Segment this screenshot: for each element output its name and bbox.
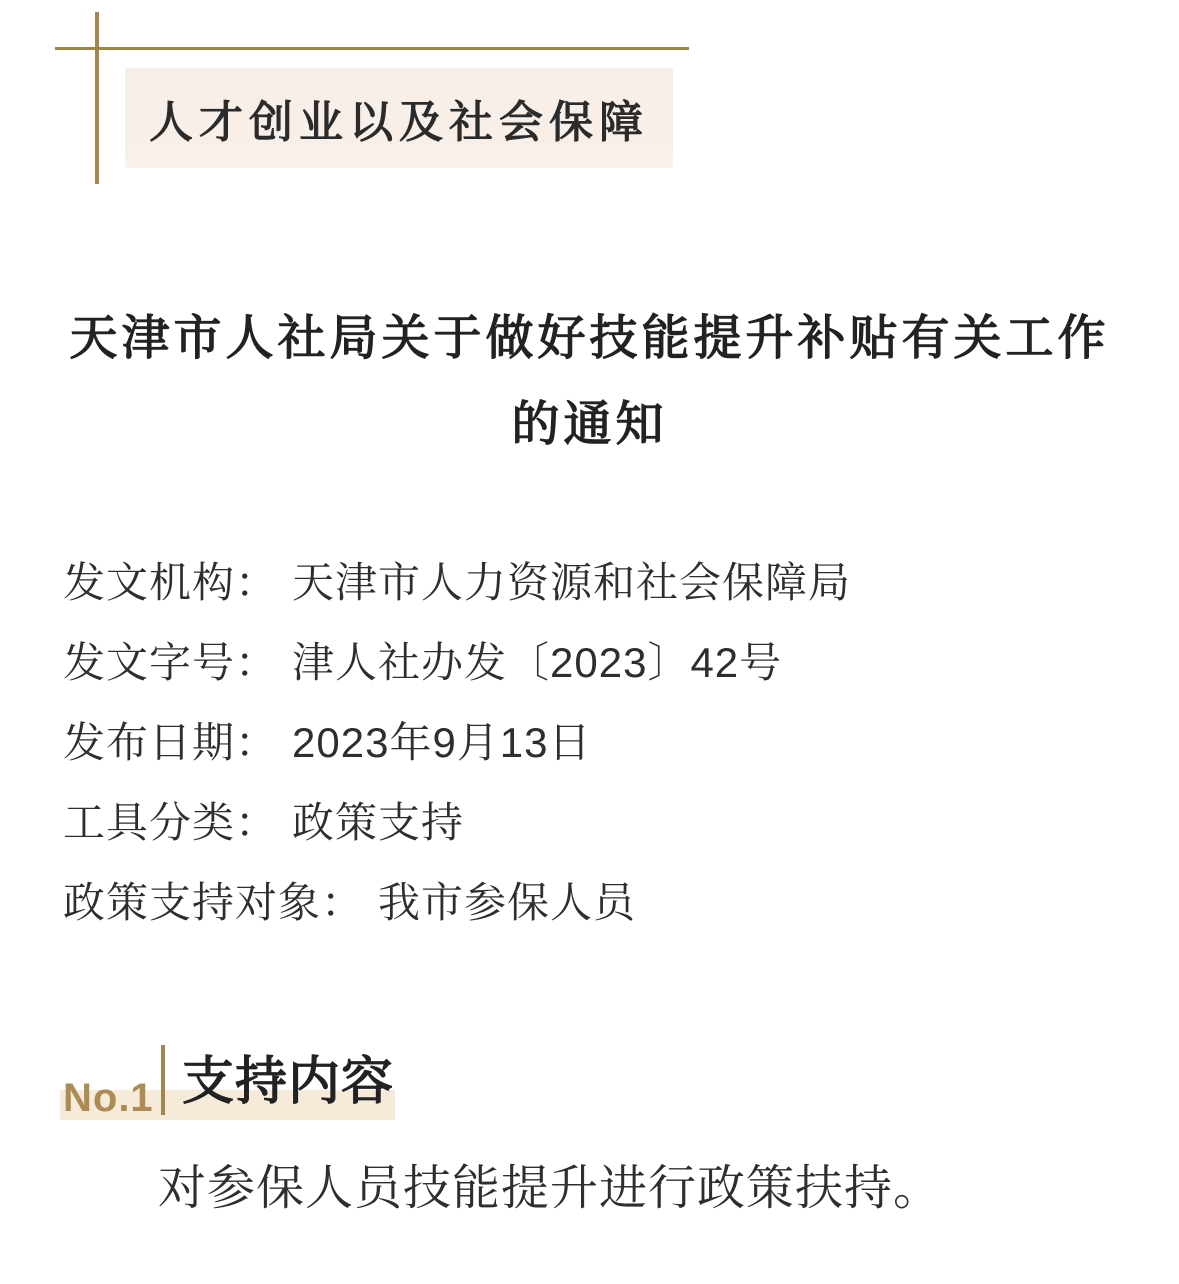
meta-row-issuing-agency: 发文机构： 天津市人力资源和社会保障局 bbox=[63, 540, 1123, 620]
body-paragraph: 对参保人员技能提升进行政策扶持。 bbox=[158, 1158, 942, 1220]
meta-label: 发布日期： bbox=[63, 710, 278, 770]
meta-value: 政策支持 bbox=[292, 790, 464, 850]
gold-horizontal-line bbox=[55, 47, 689, 50]
category-badge-label: 人才创业以及社会保障 bbox=[149, 86, 649, 150]
meta-row-tool-category: 工具分类： 政策支持 bbox=[63, 780, 1123, 860]
meta-label: 工具分类： bbox=[63, 790, 278, 850]
category-badge: 人才创业以及社会保障 bbox=[125, 68, 673, 168]
meta-row-policy-target: 政策支持对象： 我市参保人员 bbox=[63, 860, 1123, 940]
meta-value: 我市参保人员 bbox=[378, 870, 636, 930]
meta-row-document-number: 发文字号： 津人社办发〔2023〕42号 bbox=[63, 620, 1123, 700]
meta-label: 发文机构： bbox=[63, 550, 278, 610]
section-number: No.1 bbox=[63, 1078, 154, 1118]
meta-row-publish-date: 发布日期： 2023年9月13日 bbox=[63, 700, 1123, 780]
section-heading: 支持内容 bbox=[182, 1052, 394, 1112]
section-divider-bar bbox=[161, 1045, 165, 1115]
meta-value: 天津市人力资源和社会保障局 bbox=[292, 550, 851, 610]
meta-label: 发文字号： bbox=[63, 630, 278, 690]
gold-vertical-line bbox=[95, 12, 99, 184]
document-title-line2: 的通知 bbox=[0, 382, 1179, 468]
document-page: 人才创业以及社会保障 天津市人社局关于做好技能提升补贴有关工作 的通知 发文机构… bbox=[0, 0, 1179, 1284]
meta-value: 津人社办发〔2023〕42号 bbox=[292, 630, 782, 690]
metadata-list: 发文机构： 天津市人力资源和社会保障局 发文字号： 津人社办发〔2023〕42号… bbox=[63, 540, 1123, 940]
document-title: 天津市人社局关于做好技能提升补贴有关工作 的通知 bbox=[0, 296, 1179, 468]
meta-label: 政策支持对象： bbox=[63, 870, 364, 930]
meta-value: 2023年9月13日 bbox=[292, 710, 592, 770]
document-title-line1: 天津市人社局关于做好技能提升补贴有关工作 bbox=[0, 296, 1179, 382]
